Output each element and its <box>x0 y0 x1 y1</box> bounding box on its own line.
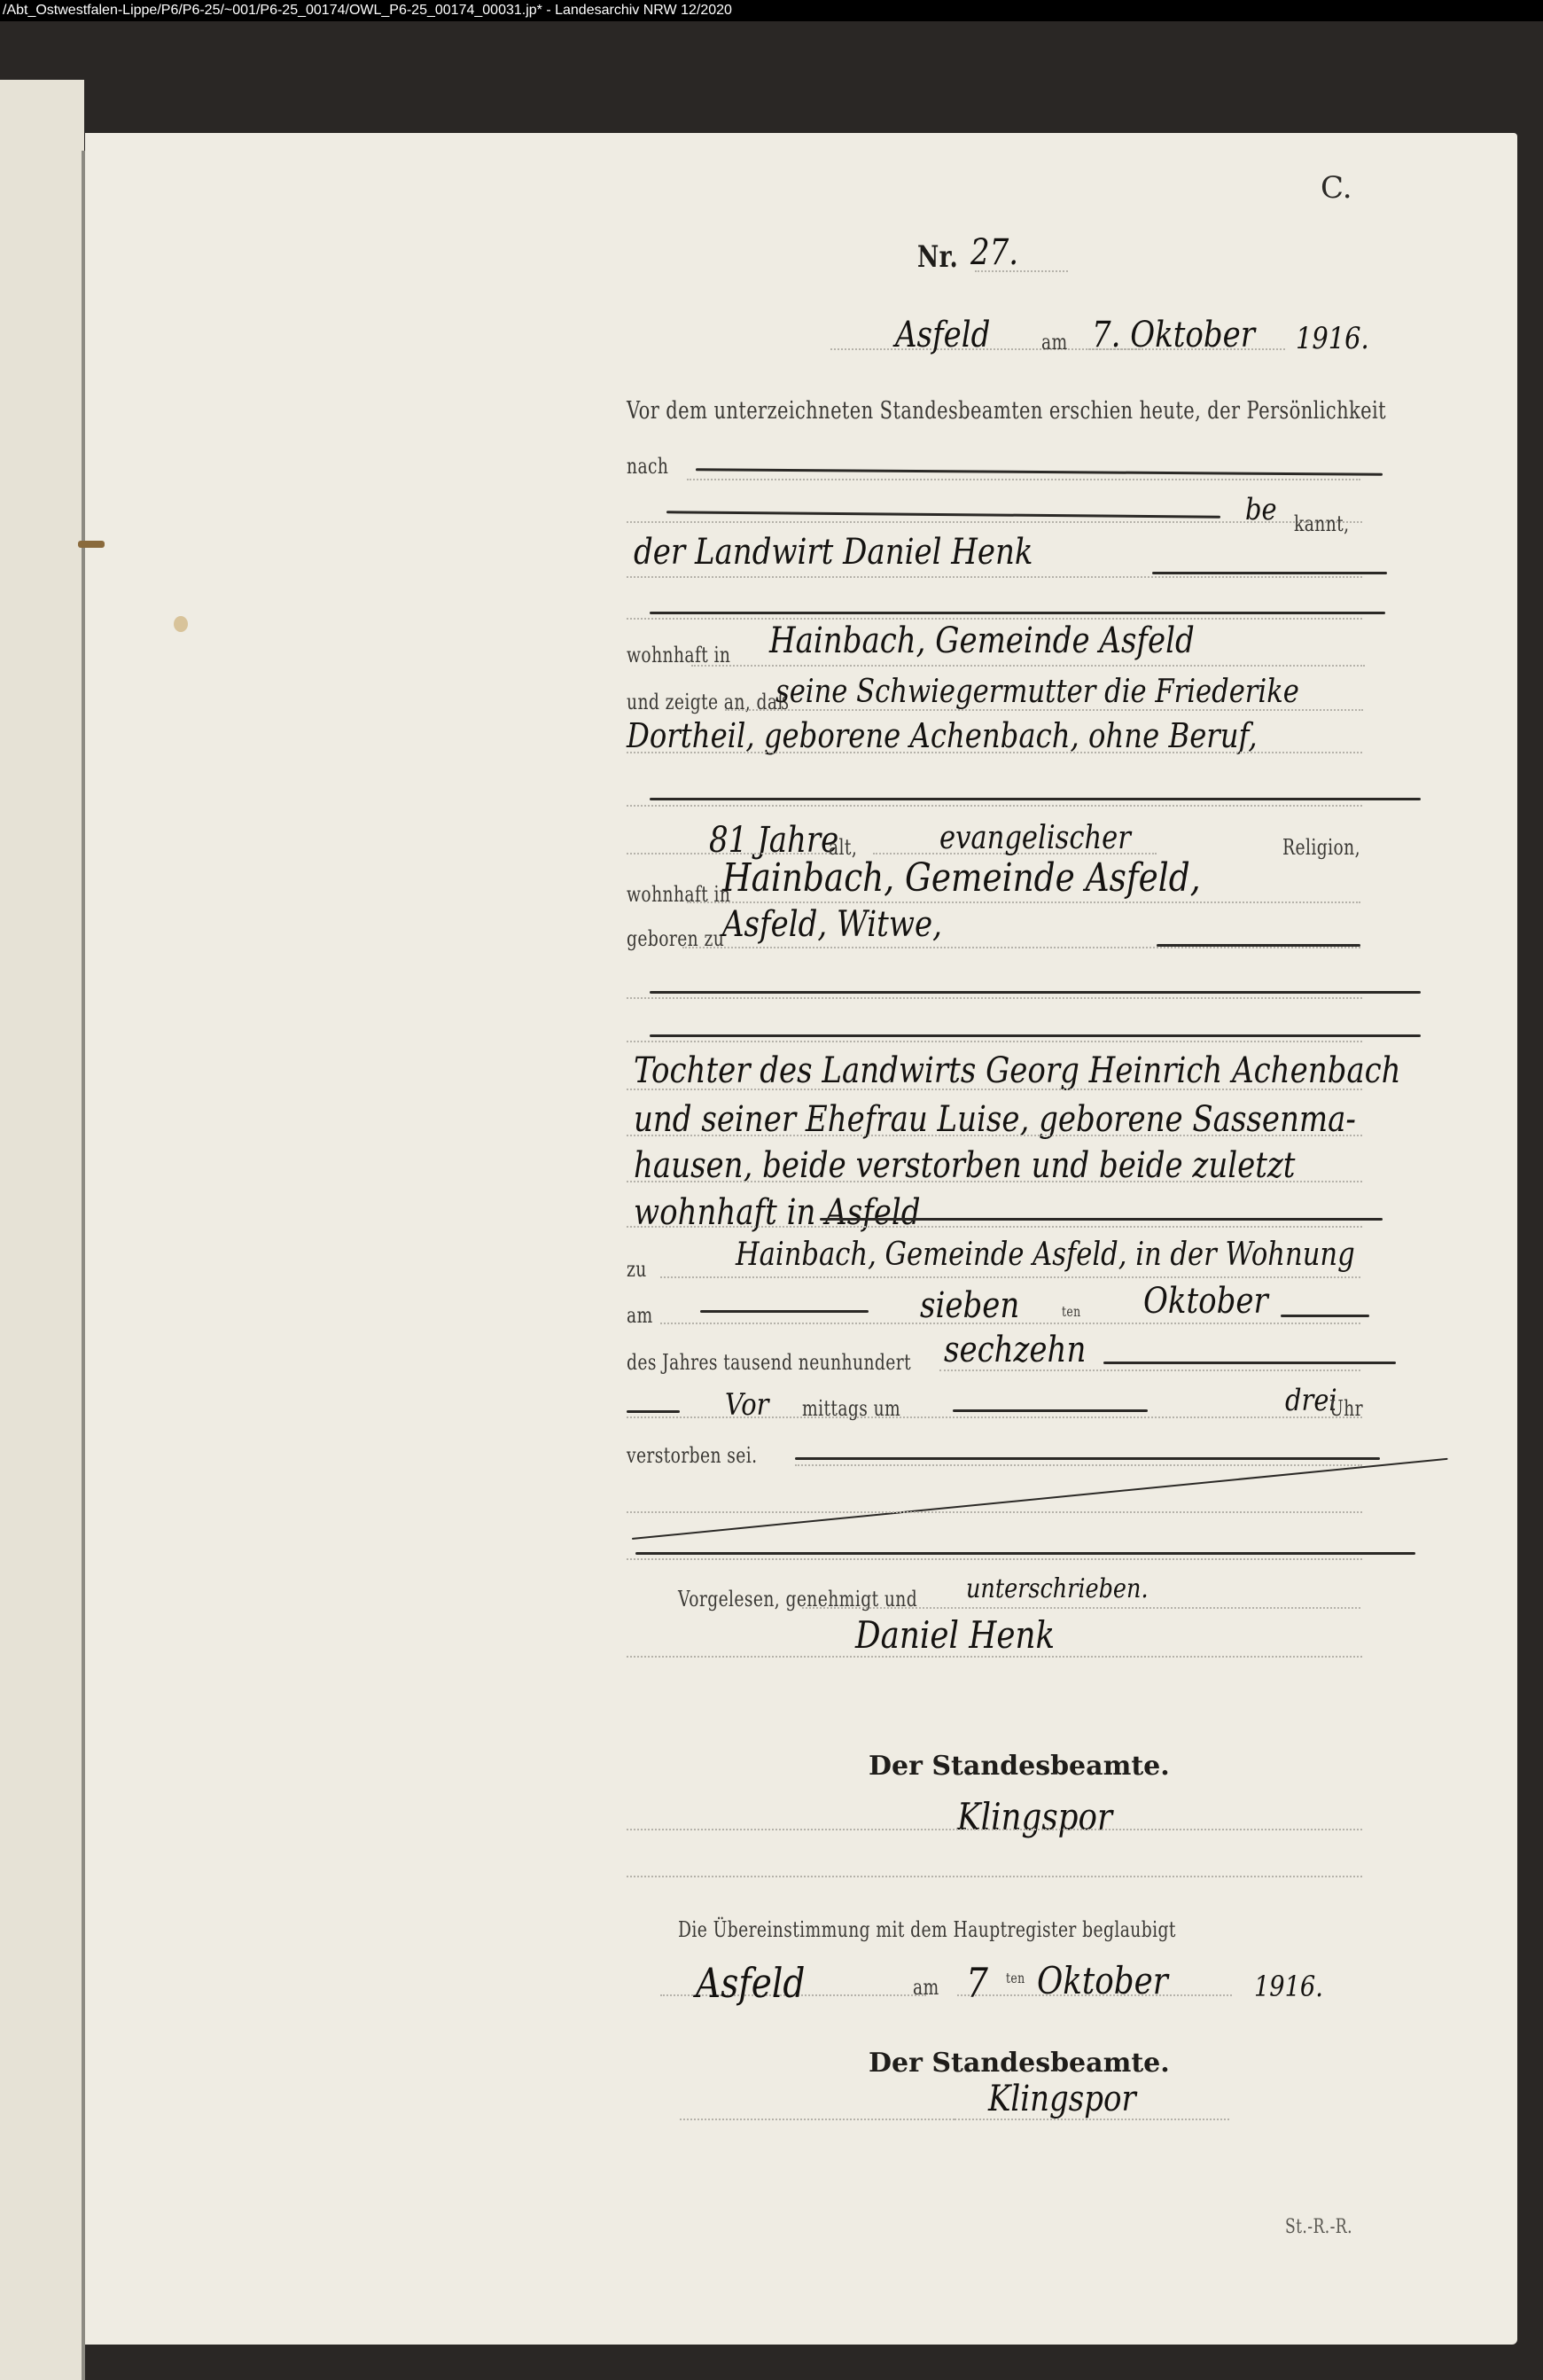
death-day: sieben <box>920 1285 1019 1326</box>
fill-line <box>650 798 1421 800</box>
cert-ten-label: ten <box>1006 1970 1025 1986</box>
mittags-label: mittags um <box>802 1396 900 1421</box>
line-dotted <box>627 997 1362 999</box>
certification-text: Die Übereinstimmung mit dem Hauptregiste… <box>678 1917 1176 1942</box>
religion-value: evangelischer <box>939 820 1131 856</box>
death-month: Oktober <box>1143 1281 1268 1322</box>
line-dotted <box>627 1829 1362 1830</box>
cert-year: 1916. <box>1254 1970 1323 2003</box>
line-dotted <box>627 752 1362 753</box>
am-label: am <box>1041 330 1068 355</box>
line-dotted <box>627 1558 1362 1560</box>
line-dotted <box>627 618 1362 620</box>
bekannt-prefix: be <box>1245 492 1277 527</box>
line-dotted <box>682 947 1360 948</box>
fill-line <box>953 1409 1148 1412</box>
declarant-residence: Hainbach, Gemeinde Asfeld <box>769 620 1195 661</box>
window-title-bar: /Abt_Ostwestfalen-Lippe/P6/P6-25/~001/P6… <box>0 0 1543 21</box>
registrar-signature: Klingspor <box>957 1795 1112 1838</box>
registrar-title-2: Der Standesbeamte. <box>869 2048 1170 2079</box>
year-value: 1916. <box>1296 321 1369 356</box>
zu-label: zu <box>627 1257 647 1282</box>
fill-line <box>1103 1362 1396 1364</box>
line-dotted <box>691 665 1365 667</box>
parents-line1: Tochter des Landwirts Georg Heinrich Ach… <box>634 1050 1401 1091</box>
fill-line <box>635 1552 1415 1555</box>
fill-line <box>627 1410 680 1413</box>
fill-line <box>650 612 1385 614</box>
deceased-residence: Hainbach, Gemeinde Asfeld, <box>722 855 1201 901</box>
cert-month: Oktober <box>1037 1959 1168 2002</box>
fill-line <box>1157 944 1360 947</box>
line-dotted <box>627 1135 1362 1136</box>
cert-day: 7 <box>966 1959 988 2007</box>
line-dotted <box>955 2119 1229 2120</box>
bekannt-label: kannt, <box>1294 511 1349 536</box>
footer-code: St.-R.-R. <box>1285 2216 1352 2238</box>
record-number: 27. <box>970 232 1018 273</box>
fill-line <box>820 1218 1383 1221</box>
number-dotted-line <box>975 270 1068 272</box>
religion-label: Religion, <box>1282 835 1360 860</box>
paper-stain <box>174 616 188 632</box>
fill-line <box>650 1034 1421 1037</box>
line-dotted <box>802 1607 1360 1609</box>
line-dotted <box>627 1511 1362 1513</box>
nach-dotted-line <box>687 479 1360 480</box>
born-place: Asfeld, Witwe, <box>722 904 942 945</box>
wohnhaft-label: wohnhaft in <box>627 643 730 667</box>
death-place: Hainbach, Gemeinde Asfeld, in der Wohnun… <box>736 1237 1355 1273</box>
line-dotted <box>627 1876 1362 1877</box>
line-dotted <box>627 1041 1362 1042</box>
intro-text: Vor dem unterzeichneten Standesbeamten e… <box>627 397 1386 425</box>
line-dotted <box>627 805 1362 807</box>
line-dotted <box>660 1276 1360 1278</box>
nach-label: nach <box>627 454 668 479</box>
left-page-edge <box>0 80 84 2380</box>
line-dotted <box>627 1656 1362 1658</box>
registrar-title: Der Standesbeamte. <box>869 1751 1170 1782</box>
fill-line <box>650 991 1421 994</box>
verstorben-label: verstorben sei. <box>627 1443 757 1468</box>
ink-mark <box>78 541 105 548</box>
declarant-name: der Landwirt Daniel Henk <box>634 532 1033 573</box>
line-dotted <box>627 1181 1362 1182</box>
fill-line <box>1152 572 1387 574</box>
death-year-words: sechzehn <box>944 1330 1086 1370</box>
registrar-signature-2: Klingspor <box>988 2079 1136 2119</box>
am-label-2: am <box>627 1303 653 1328</box>
jahres-label: des Jahres tausend neunhundert <box>627 1350 911 1375</box>
declarant-signature: Daniel Henk <box>855 1613 1055 1657</box>
unterschrieben-text: unterschrieben. <box>966 1573 1149 1604</box>
form-letter: C. <box>1321 170 1352 206</box>
line-dotted <box>627 1226 1362 1228</box>
cert-place: Asfeld <box>696 1959 805 2007</box>
fill-line <box>700 1310 869 1313</box>
line-dotted <box>627 576 1362 578</box>
date-value: 7. Oktober <box>1092 315 1255 355</box>
line-dotted <box>627 853 830 854</box>
line-dotted <box>627 1416 1362 1418</box>
line-dotted <box>680 2119 955 2120</box>
ten-label: ten <box>1062 1303 1081 1320</box>
line-dotted <box>687 901 1360 903</box>
deceased-line2: Dortheil, geborene Achenbach, ohne Beruf… <box>627 716 1258 755</box>
number-label: Nr. <box>917 239 958 275</box>
window-title: /Abt_Ostwestfalen-Lippe/P6/P6-25/~001/P6… <box>3 3 732 18</box>
deceased-line1: seine Schwiegermutter die Friederike <box>775 674 1299 710</box>
fill-line <box>795 1457 1380 1460</box>
line-dotted <box>795 1464 1362 1466</box>
line-dotted <box>627 1089 1362 1090</box>
fill-line <box>1281 1315 1369 1317</box>
uhr-label: Uhr <box>1329 1396 1363 1421</box>
place-value: Asfeld <box>895 315 990 355</box>
cert-am-label: am <box>913 1975 939 2000</box>
